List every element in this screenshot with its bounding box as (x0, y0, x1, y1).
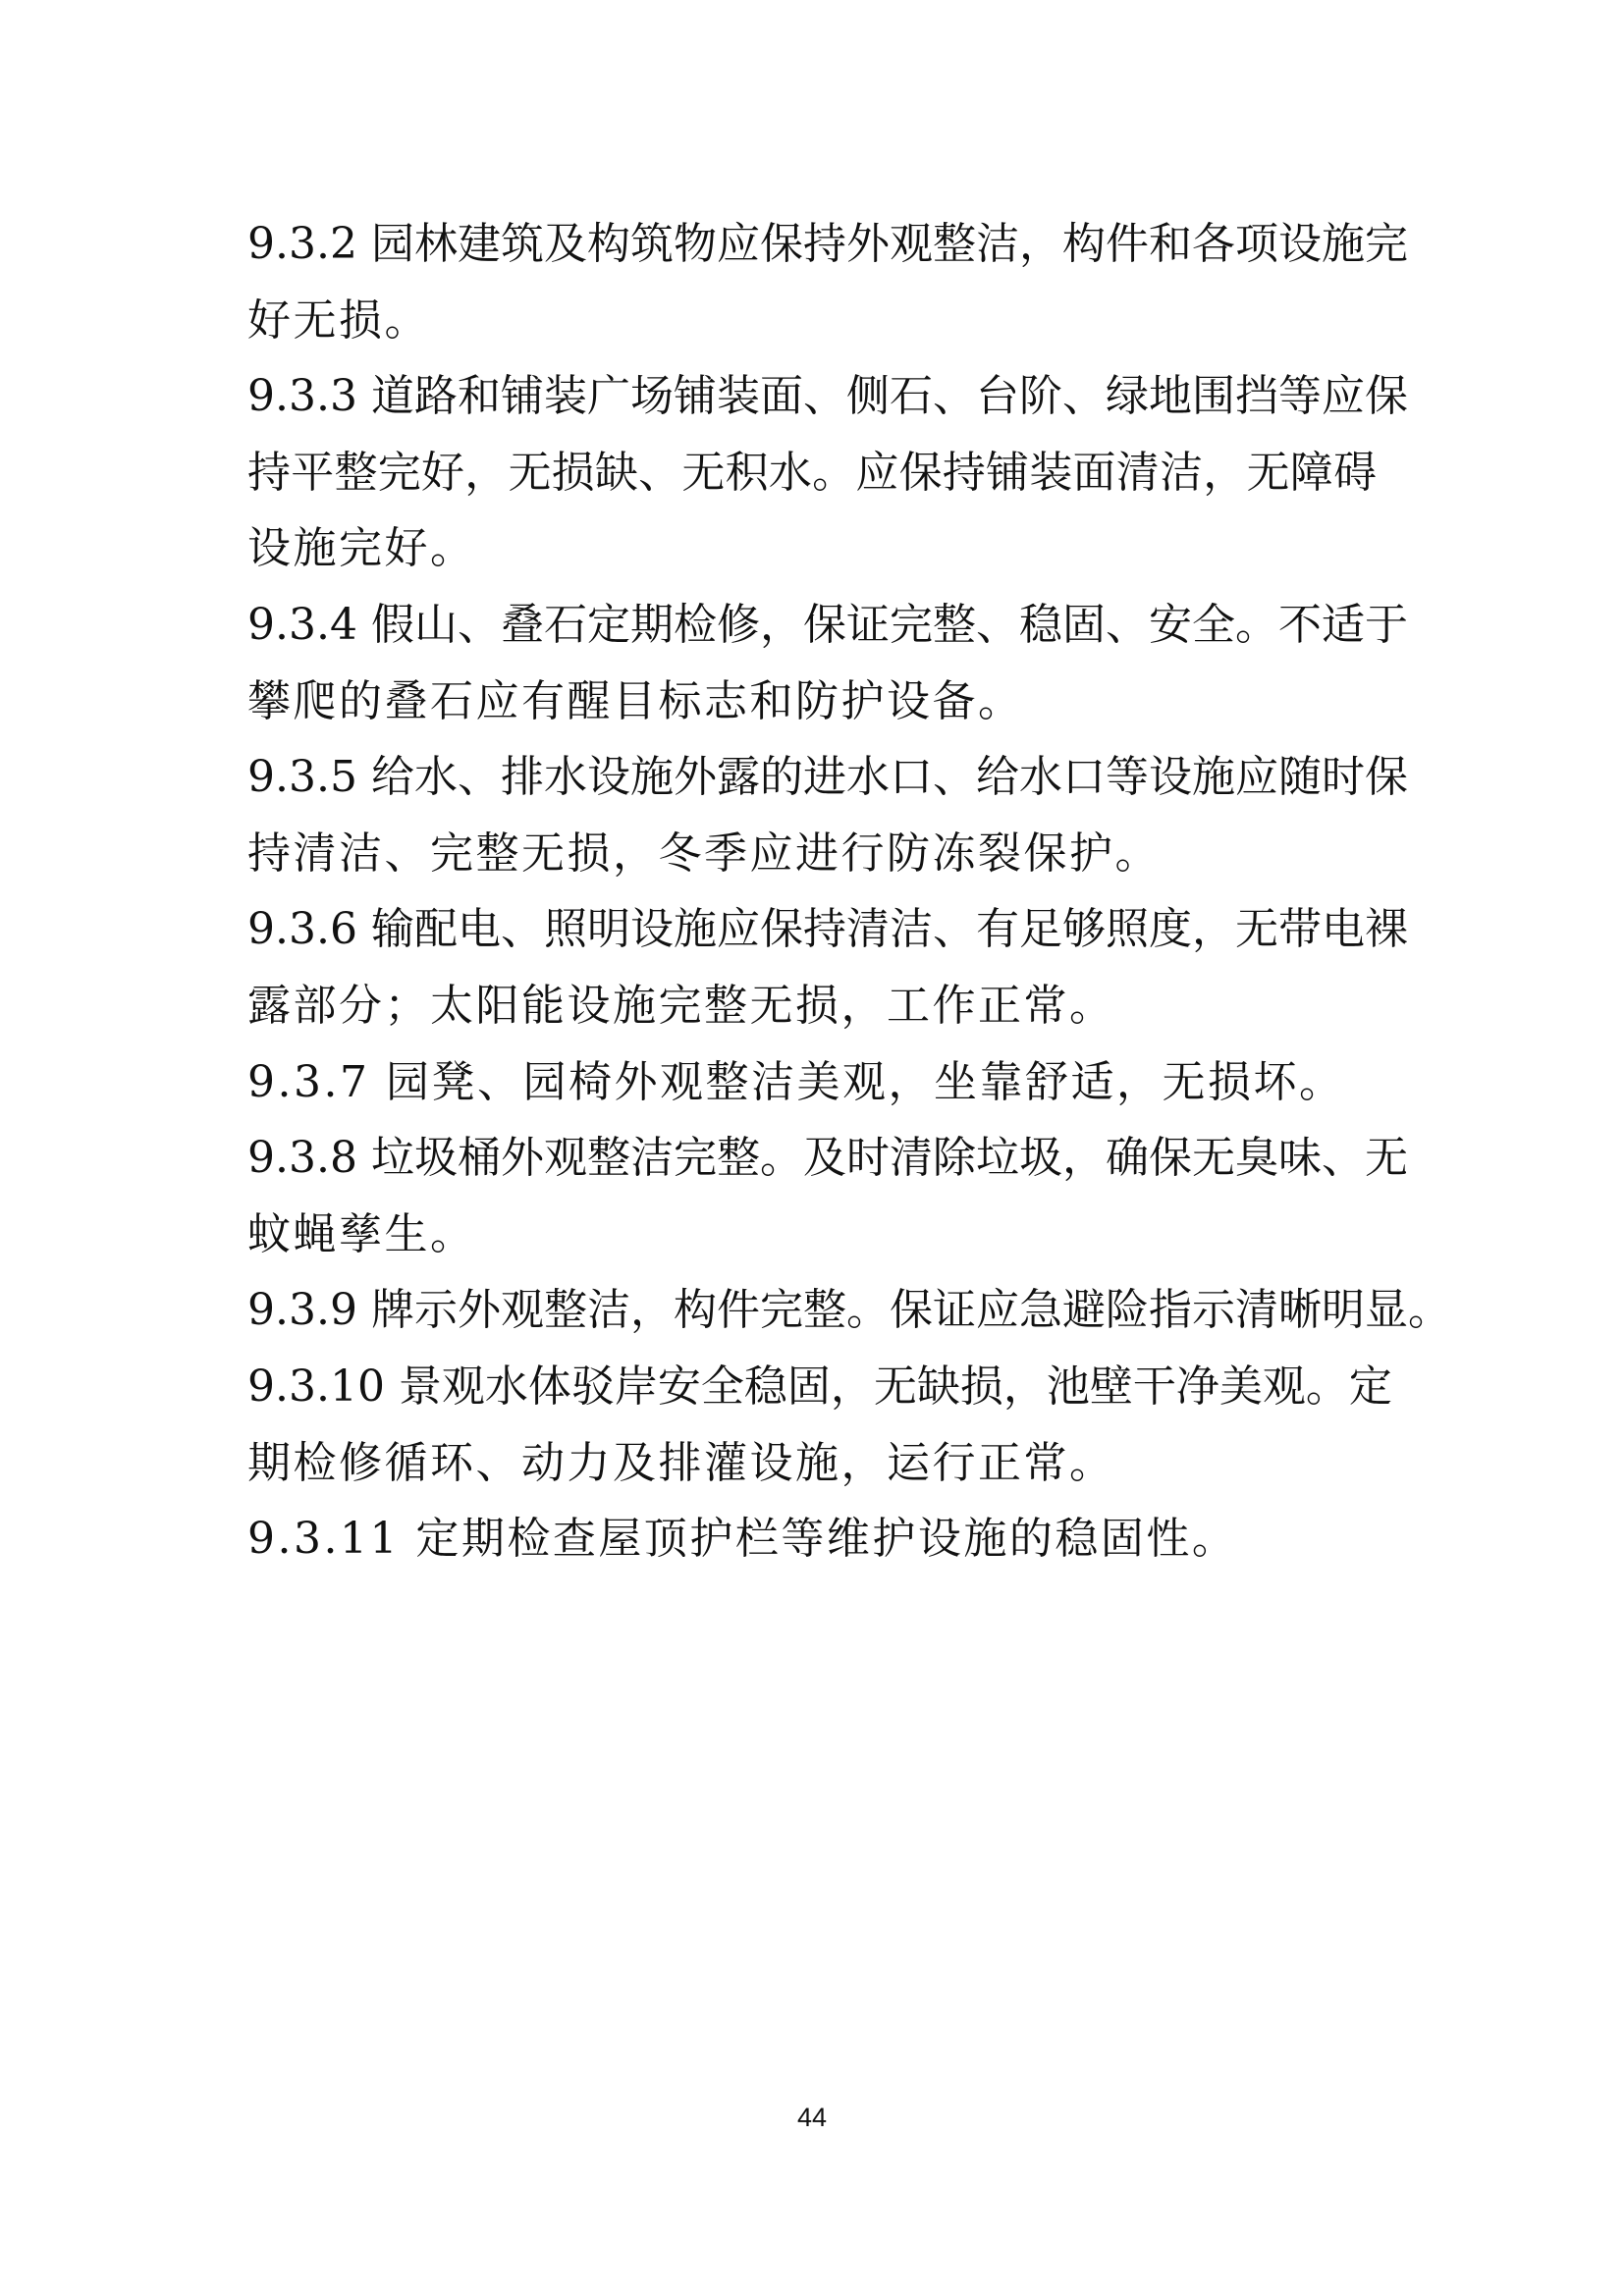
clause-9-3-3-line-3: 设施完好。 (247, 510, 1386, 587)
clause-9-3-7-line-1: 9.3.7 园凳、园椅外观整洁美观，坐靠舒适，无损坏。 (247, 1044, 1386, 1121)
clause-9-3-2-line-2: 好无损。 (247, 283, 1386, 359)
clause-9-3-9-line-1: 9.3.9 牌示外观整洁，构件完整。保证应急避险指示清晰明显。 (247, 1272, 1377, 1349)
clause-9-3-3-line-1: 9.3.3 道路和铺装广场铺装面、侧石、台阶、绿地围挡等应保 (247, 358, 1377, 435)
clause-9-3-11-line-1: 9.3.11 定期检查屋顶护栏等维护设施的稳固性。 (247, 1501, 1386, 1577)
body-text: 9.3.2 园林建筑及构筑物应保持外观整洁，构件和各项设施完 好无损。 9.3.… (247, 206, 1386, 1577)
clause-9-3-5-line-2: 持清洁、完整无损，冬季应进行防冻裂保护。 (247, 816, 1386, 892)
clause-9-3-10-line-1: 9.3.10 景观水体驳岸安全稳固，无缺损，池壁干净美观。定 (247, 1349, 1377, 1425)
clause-9-3-4-line-1: 9.3.4 假山、叠石定期检修，保证完整、稳固、安全。不适于 (247, 587, 1377, 664)
document-page: 9.3.2 园林建筑及构筑物应保持外观整洁，构件和各项设施完 好无损。 9.3.… (0, 0, 1624, 2296)
clause-9-3-10-line-2: 期检修循环、动力及排灌设施，运行正常。 (247, 1425, 1386, 1502)
clause-9-3-8-line-1: 9.3.8 垃圾桶外观整洁完整。及时清除垃圾，确保无臭味、无 (247, 1120, 1377, 1197)
clause-9-3-2-line-1: 9.3.2 园林建筑及构筑物应保持外观整洁，构件和各项设施完 (247, 206, 1377, 283)
page-number: 44 (0, 2103, 1624, 2133)
clause-9-3-5-line-1: 9.3.5 给水、排水设施外露的进水口、给水口等设施应随时保 (247, 739, 1377, 816)
clause-9-3-8-line-2: 蚊蝇孳生。 (247, 1197, 1386, 1273)
clause-9-3-4-line-2: 攀爬的叠石应有醒目标志和防护设备。 (247, 664, 1386, 740)
clause-9-3-6-line-2: 露部分；太阳能设施完整无损，工作正常。 (247, 968, 1386, 1044)
clause-9-3-6-line-1: 9.3.6 输配电、照明设施应保持清洁、有足够照度，无带电裸 (247, 891, 1377, 968)
clause-9-3-3-line-2: 持平整完好，无损缺、无积水。应保持铺装面清洁，无障碍 (247, 435, 1377, 511)
